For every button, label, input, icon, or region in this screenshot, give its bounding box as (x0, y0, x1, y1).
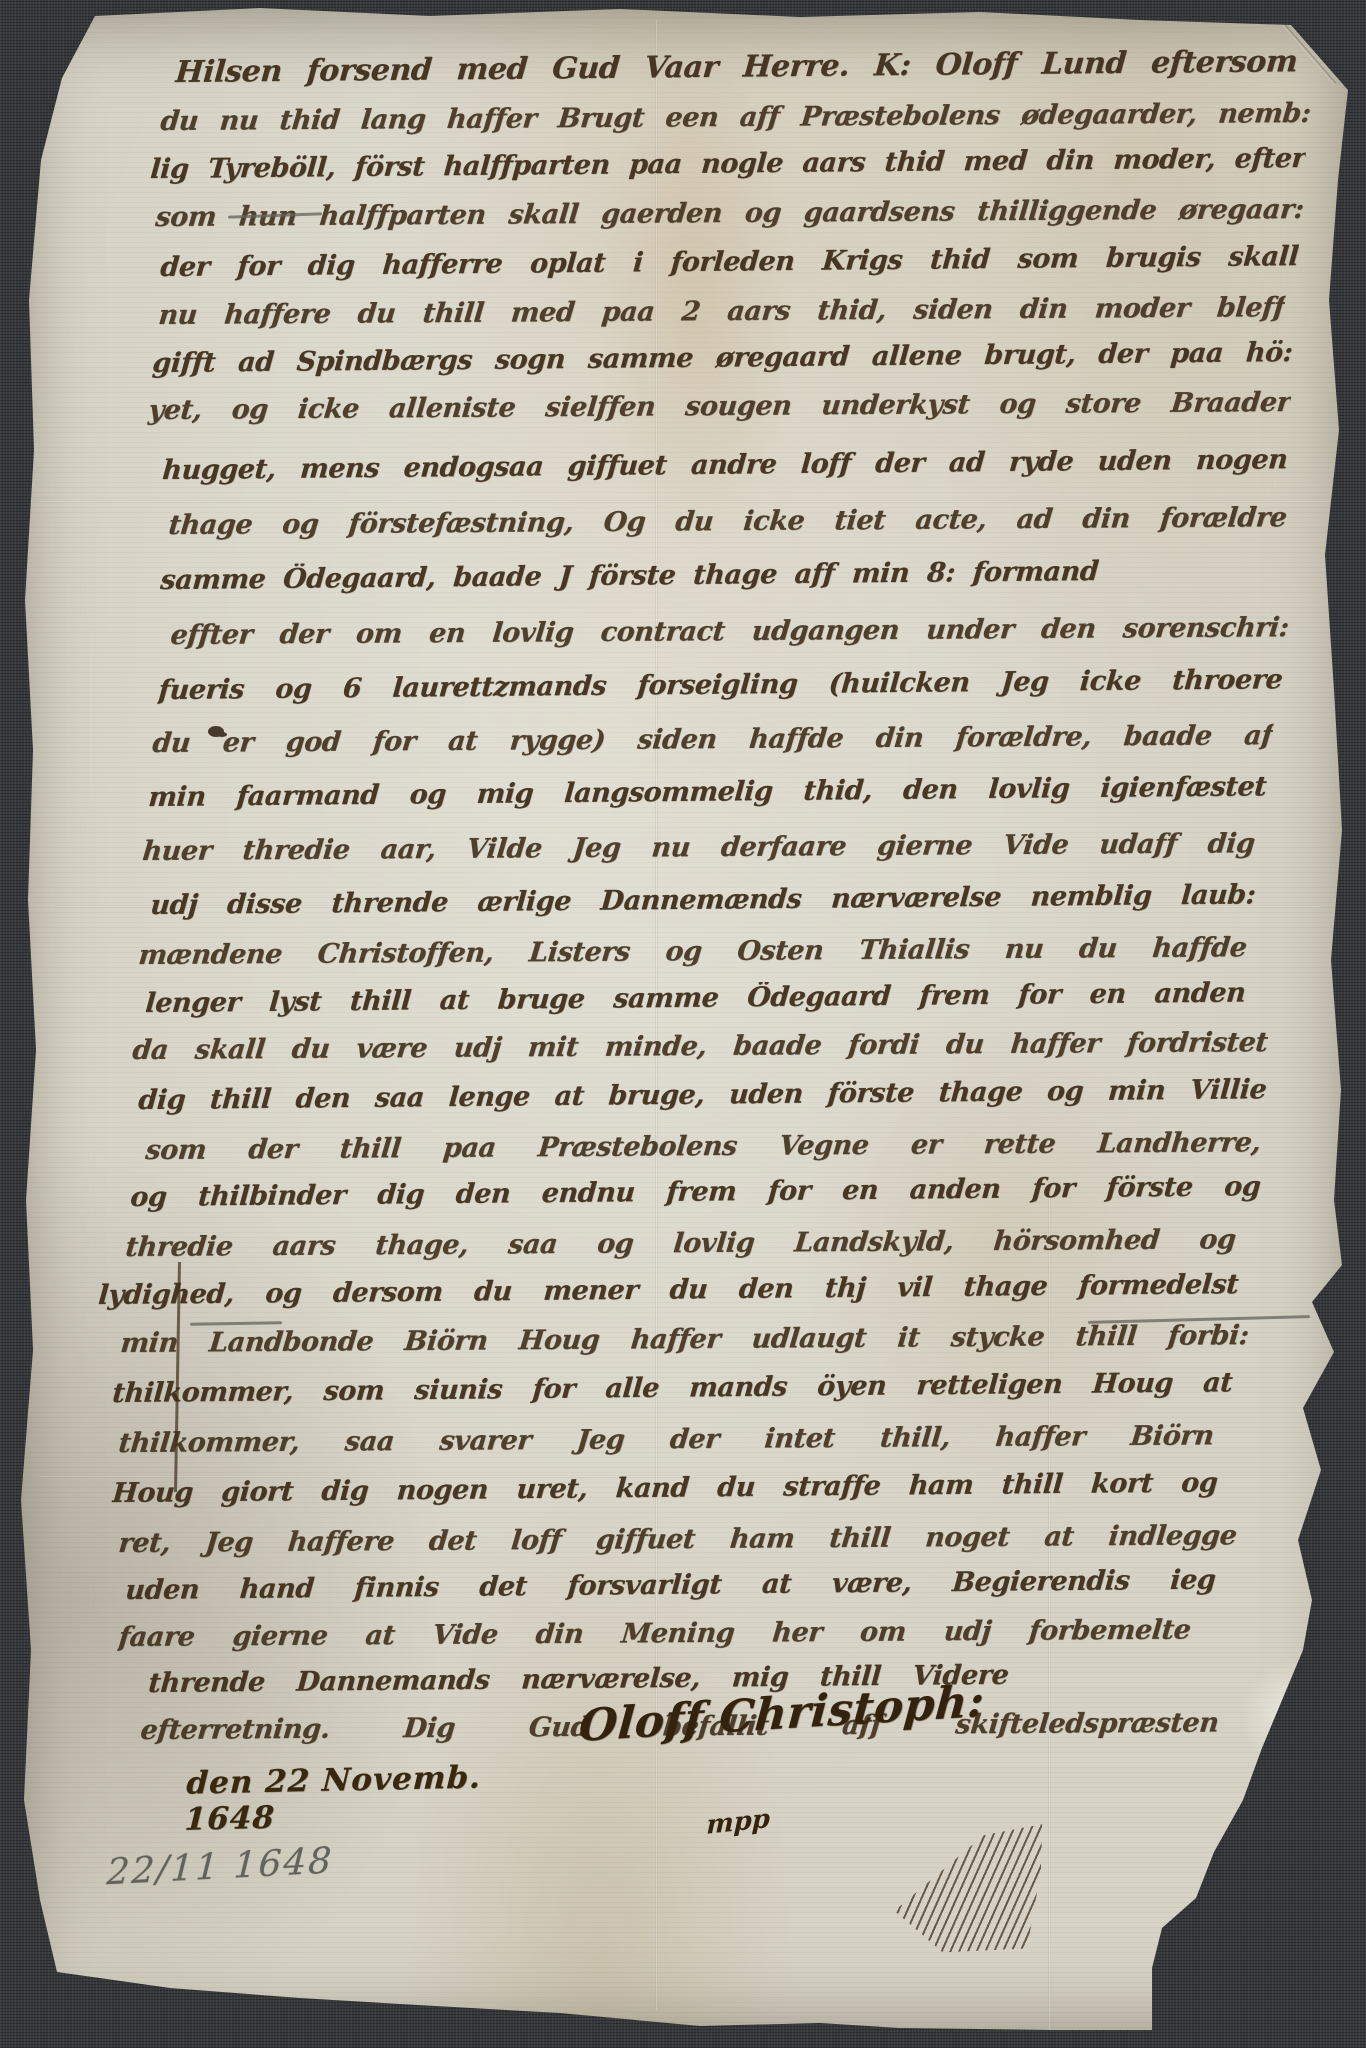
manuscript-line: thredie aars thage, saa og lovlig Landsk… (123, 1224, 1237, 1274)
manuscript-line: faare gierne at Vide din Mening her om u… (116, 1615, 1192, 1665)
manuscript-line: thilkommer, som siunis for alle mands öy… (110, 1367, 1233, 1420)
manuscript-line: der for dig hafferre oplat i forleden Kr… (158, 241, 1299, 294)
pencil-underline (190, 1321, 282, 1326)
manuscript-line: min Landbonde Biörn Houg haffer udlaugt … (118, 1320, 1250, 1370)
manuscript-line: udj disse thrende ærlige Dannemænds nærv… (148, 879, 1256, 932)
signature-mpp: mpp (706, 1801, 797, 1847)
manuscript-line: lydighed, og dersom du mener du den thj … (96, 1269, 1239, 1322)
ink-blot (208, 726, 224, 737)
manuscript-line: huer thredie aar, Vilde Jeg nu derfaare … (140, 828, 1256, 878)
manuscript-line: hugget, mens endogsaa giffuet andre loff… (160, 444, 1288, 497)
signature-flourish (887, 1824, 1055, 1962)
photograph-background: Hilsen forsend med Gud Vaar Herre. K: Ol… (0, 0, 1366, 2048)
manuscript-line: du nu thid lang haffer Brugt een aff Præ… (158, 98, 1312, 148)
manuscript-line: nu haffere du thill med paa 2 aars thid,… (156, 292, 1286, 342)
manuscript-line: som hun halffparten skall gaerden og gaa… (153, 194, 1305, 244)
manuscript-line: du er god for at rygge) siden haffde din… (150, 720, 1274, 770)
manuscript-paper: Hilsen forsend med Gud Vaar Herre. K: Ol… (0, 0, 1366, 2048)
manuscript-line: og thilbinder dig den endnu frem for en … (128, 1171, 1261, 1224)
vertical-fold-crease (1048, 1190, 1051, 2030)
manuscript-line: Hilsen forsend med Gud Vaar Herre. K: Ol… (173, 45, 1298, 98)
manuscript-line: thage og förstefæstning, Og du icke tiet… (166, 502, 1288, 552)
manuscript-line: Houg giort dig nogen uret, kand du straf… (110, 1467, 1218, 1520)
manuscript-line: samme Ödegaard, baade J förste thage aff… (158, 556, 1099, 607)
manuscript-line: min faarmand og mig langsommelig thid, d… (146, 771, 1267, 824)
manuscript-line: da skall du være udj mit minde, baade fo… (130, 1027, 1269, 1077)
manuscript-line: lenger lyst thill at bruge samme Ödegaar… (143, 977, 1246, 1030)
manuscript-line: yet, og icke alleniste sielffen sougen u… (146, 387, 1292, 437)
torn-edge-fibers (1240, 1660, 1350, 1770)
manuscript-line: thilkommer, saa svarer Jeg der intet thi… (116, 1420, 1215, 1470)
date-line: den 22 Novemb. 1648 (185, 1758, 535, 1817)
manuscript-line: dig thill den saa lenge at bruge, uden f… (136, 1074, 1267, 1127)
manuscript-line: effter der om en lovlig contract udgange… (168, 612, 1290, 662)
manuscript-line: uden hand finnis det forsvarligt at være… (123, 1565, 1216, 1617)
manuscript-line: fueris og 6 laurettzmands forseigling (h… (156, 664, 1283, 717)
manuscript-line: mændene Christoffen, Listers og Osten Th… (136, 932, 1248, 982)
manuscript-line: lig Tyreböll, först halffparten paa nogl… (148, 143, 1306, 196)
manuscript-line: som der thill paa Præstebolens Vegne er … (143, 1127, 1262, 1177)
manuscript-line: ret, Jeg haffere det loff giffuet ham th… (116, 1520, 1238, 1570)
archival-date-note: 22/11 1648 (104, 1840, 347, 1917)
manuscript-line: gifft ad Spindbærgs sogn samme øregaard … (150, 337, 1293, 390)
